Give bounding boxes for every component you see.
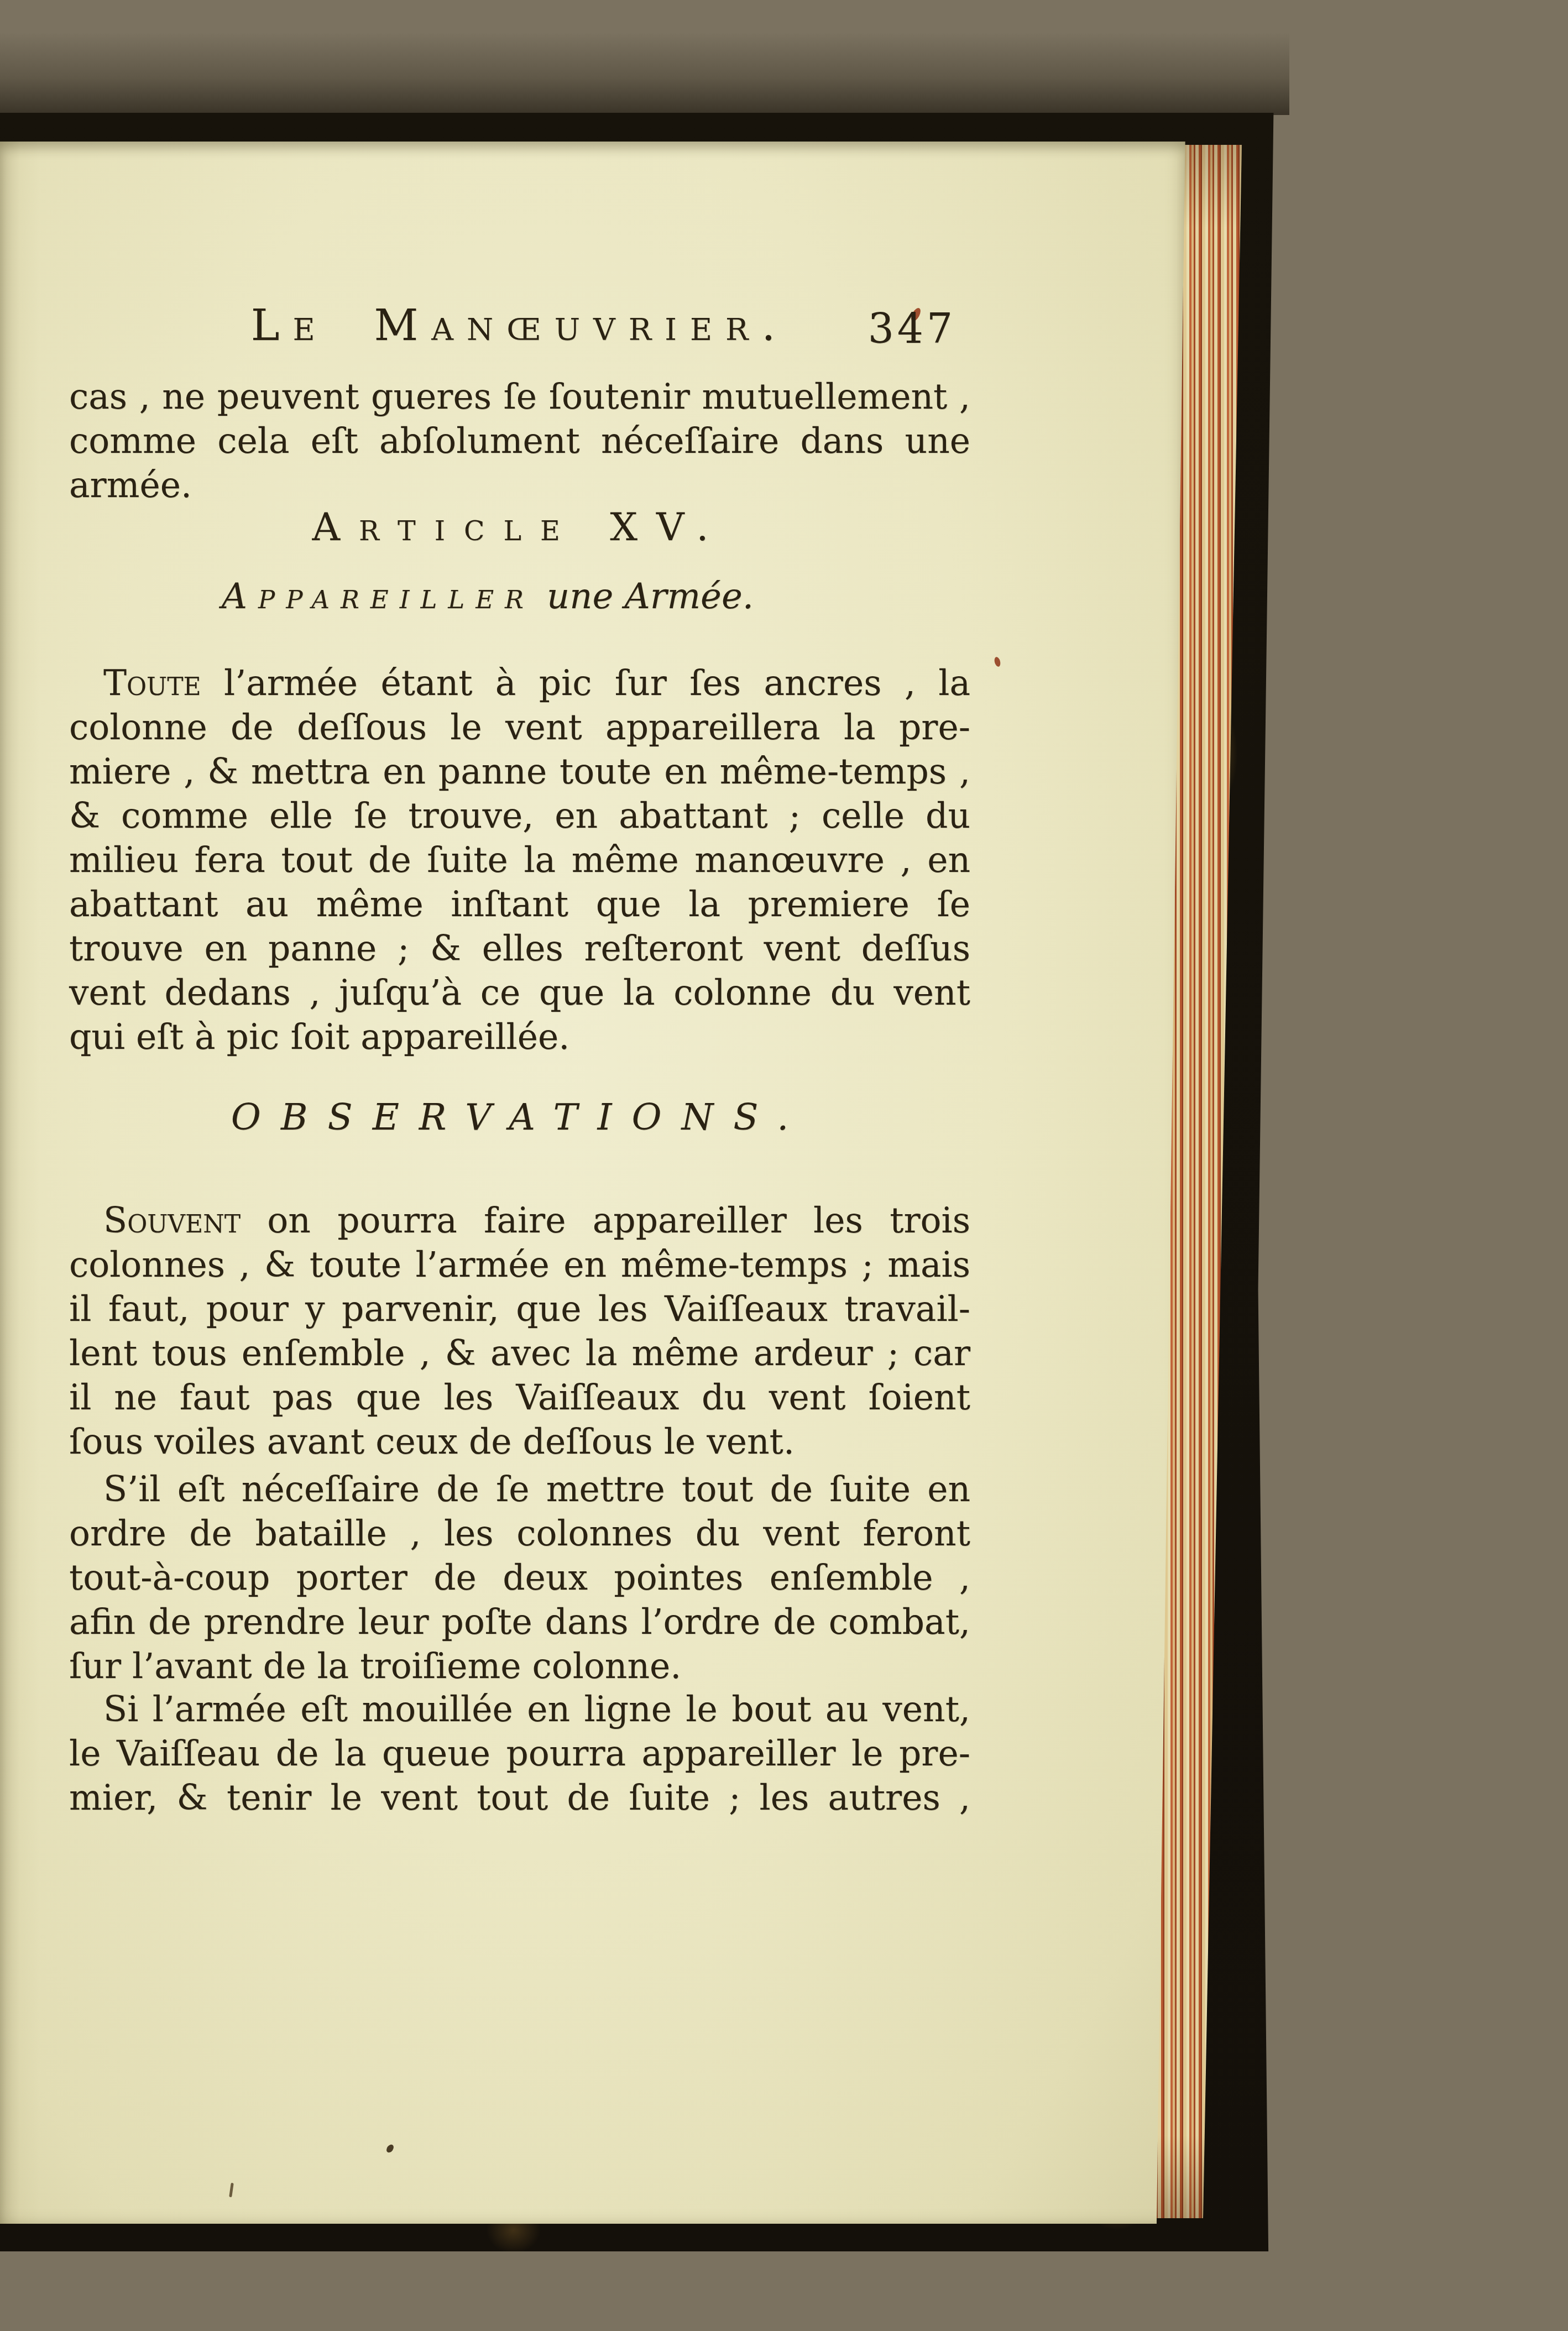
section-heading-lead: Appareiller xyxy=(222,576,535,617)
page-text-block: Le Manœuvrier. 347 cas , ne peuvent guer… xyxy=(69,293,970,2173)
paragraph-continuation: cas , ne peuvent gueres ſe ſoutenir mutu… xyxy=(69,375,970,508)
text-line: S’il eſt néceſſaire de ſe mettre tout de… xyxy=(69,1467,970,1512)
text-line: cas , ne peuvent gueres ſe ſoutenir mutu… xyxy=(69,375,970,419)
photo-backdrop: Le Manœuvrier. 347 cas , ne peuvent guer… xyxy=(0,0,1568,2331)
text-line: abattant au même inſtant que la premiere… xyxy=(69,882,970,927)
text-line: ſous voiles avant ceux de deſſous le ven… xyxy=(69,1420,970,1464)
text-line: il faut, pour y parvenir, que les Vaiſſe… xyxy=(69,1287,970,1331)
text-line: il ne faut pas que les Vaiſſeaux du vent… xyxy=(69,1376,970,1420)
text-line: mier, & tenir le vent tout de ſuite ; le… xyxy=(69,1776,970,1820)
text-line: lent tous enſemble , & avec la même arde… xyxy=(69,1331,970,1376)
text-line: miere , & mettra en panne toute en même-… xyxy=(69,750,970,794)
text-line: & comme elle ſe trouve, en abattant ; ce… xyxy=(69,794,970,838)
text-line: le Vaiſſeau de la queue pourra appareill… xyxy=(69,1732,970,1776)
section-heading: Appareillerune Armée. xyxy=(37,576,938,617)
text-line: Souvent on pourra faire appareiller les … xyxy=(69,1199,970,1243)
text-line: qui eſt à pic ſoit appareillée. xyxy=(69,1015,970,1059)
page-number: 347 xyxy=(868,305,956,353)
running-header: Le Manœuvrier. 347 xyxy=(69,301,970,367)
text-line: armée. xyxy=(69,463,970,508)
observations-heading: OBSERVATIONS. xyxy=(69,1096,970,1138)
text-line: milieu fera tout de ſuite la même manœuv… xyxy=(69,838,970,882)
paragraph-souvent: Souvent on pourra faire appareiller les … xyxy=(69,1199,970,1464)
text-line: colonne de deſſous le vent appareillera … xyxy=(69,705,970,750)
text-line: Si l’armée eſt mouillée en ligne le bout… xyxy=(69,1687,970,1732)
article-heading: Article XV. xyxy=(69,504,970,550)
section-heading-rest: une Armée. xyxy=(547,576,754,617)
paragraph-toute: Toute l’armée étant à pic ſur ſes ancres… xyxy=(69,661,970,1059)
text-line: afin de prendre leur poſte dans l’ordre … xyxy=(69,1600,970,1644)
text-line: vent dedans , juſqu’à ce que la colonne … xyxy=(69,971,970,1015)
text-line: comme cela eſt abſolument néceſſaire dan… xyxy=(69,419,970,463)
backdrop-top-shadow xyxy=(0,32,1289,115)
small-caps-lead-word: Souvent xyxy=(103,1200,241,1241)
paragraph-si-larmee: Si l’armée eſt mouillée en ligne le bout… xyxy=(69,1687,970,1820)
small-caps-lead-word: Toute xyxy=(103,663,201,703)
text-line: ſur l’avant de la troiſieme colonne. xyxy=(69,1644,970,1689)
running-header-title: Le Manœuvrier. xyxy=(69,301,970,351)
text-line: tout-à-coup porter de deux pointes enſem… xyxy=(69,1556,970,1600)
text-line: ordre de bataille , les colonnes du vent… xyxy=(69,1512,970,1556)
paragraph-sil-est: S’il eſt néceſſaire de ſe mettre tout de… xyxy=(69,1467,970,1689)
text-line: trouve en panne ; & elles reſteront vent… xyxy=(69,927,970,971)
text-line: colonnes , & toute l’armée en même-temps… xyxy=(69,1243,970,1287)
text-line: Toute l’armée étant à pic ſur ſes ancres… xyxy=(69,661,970,705)
